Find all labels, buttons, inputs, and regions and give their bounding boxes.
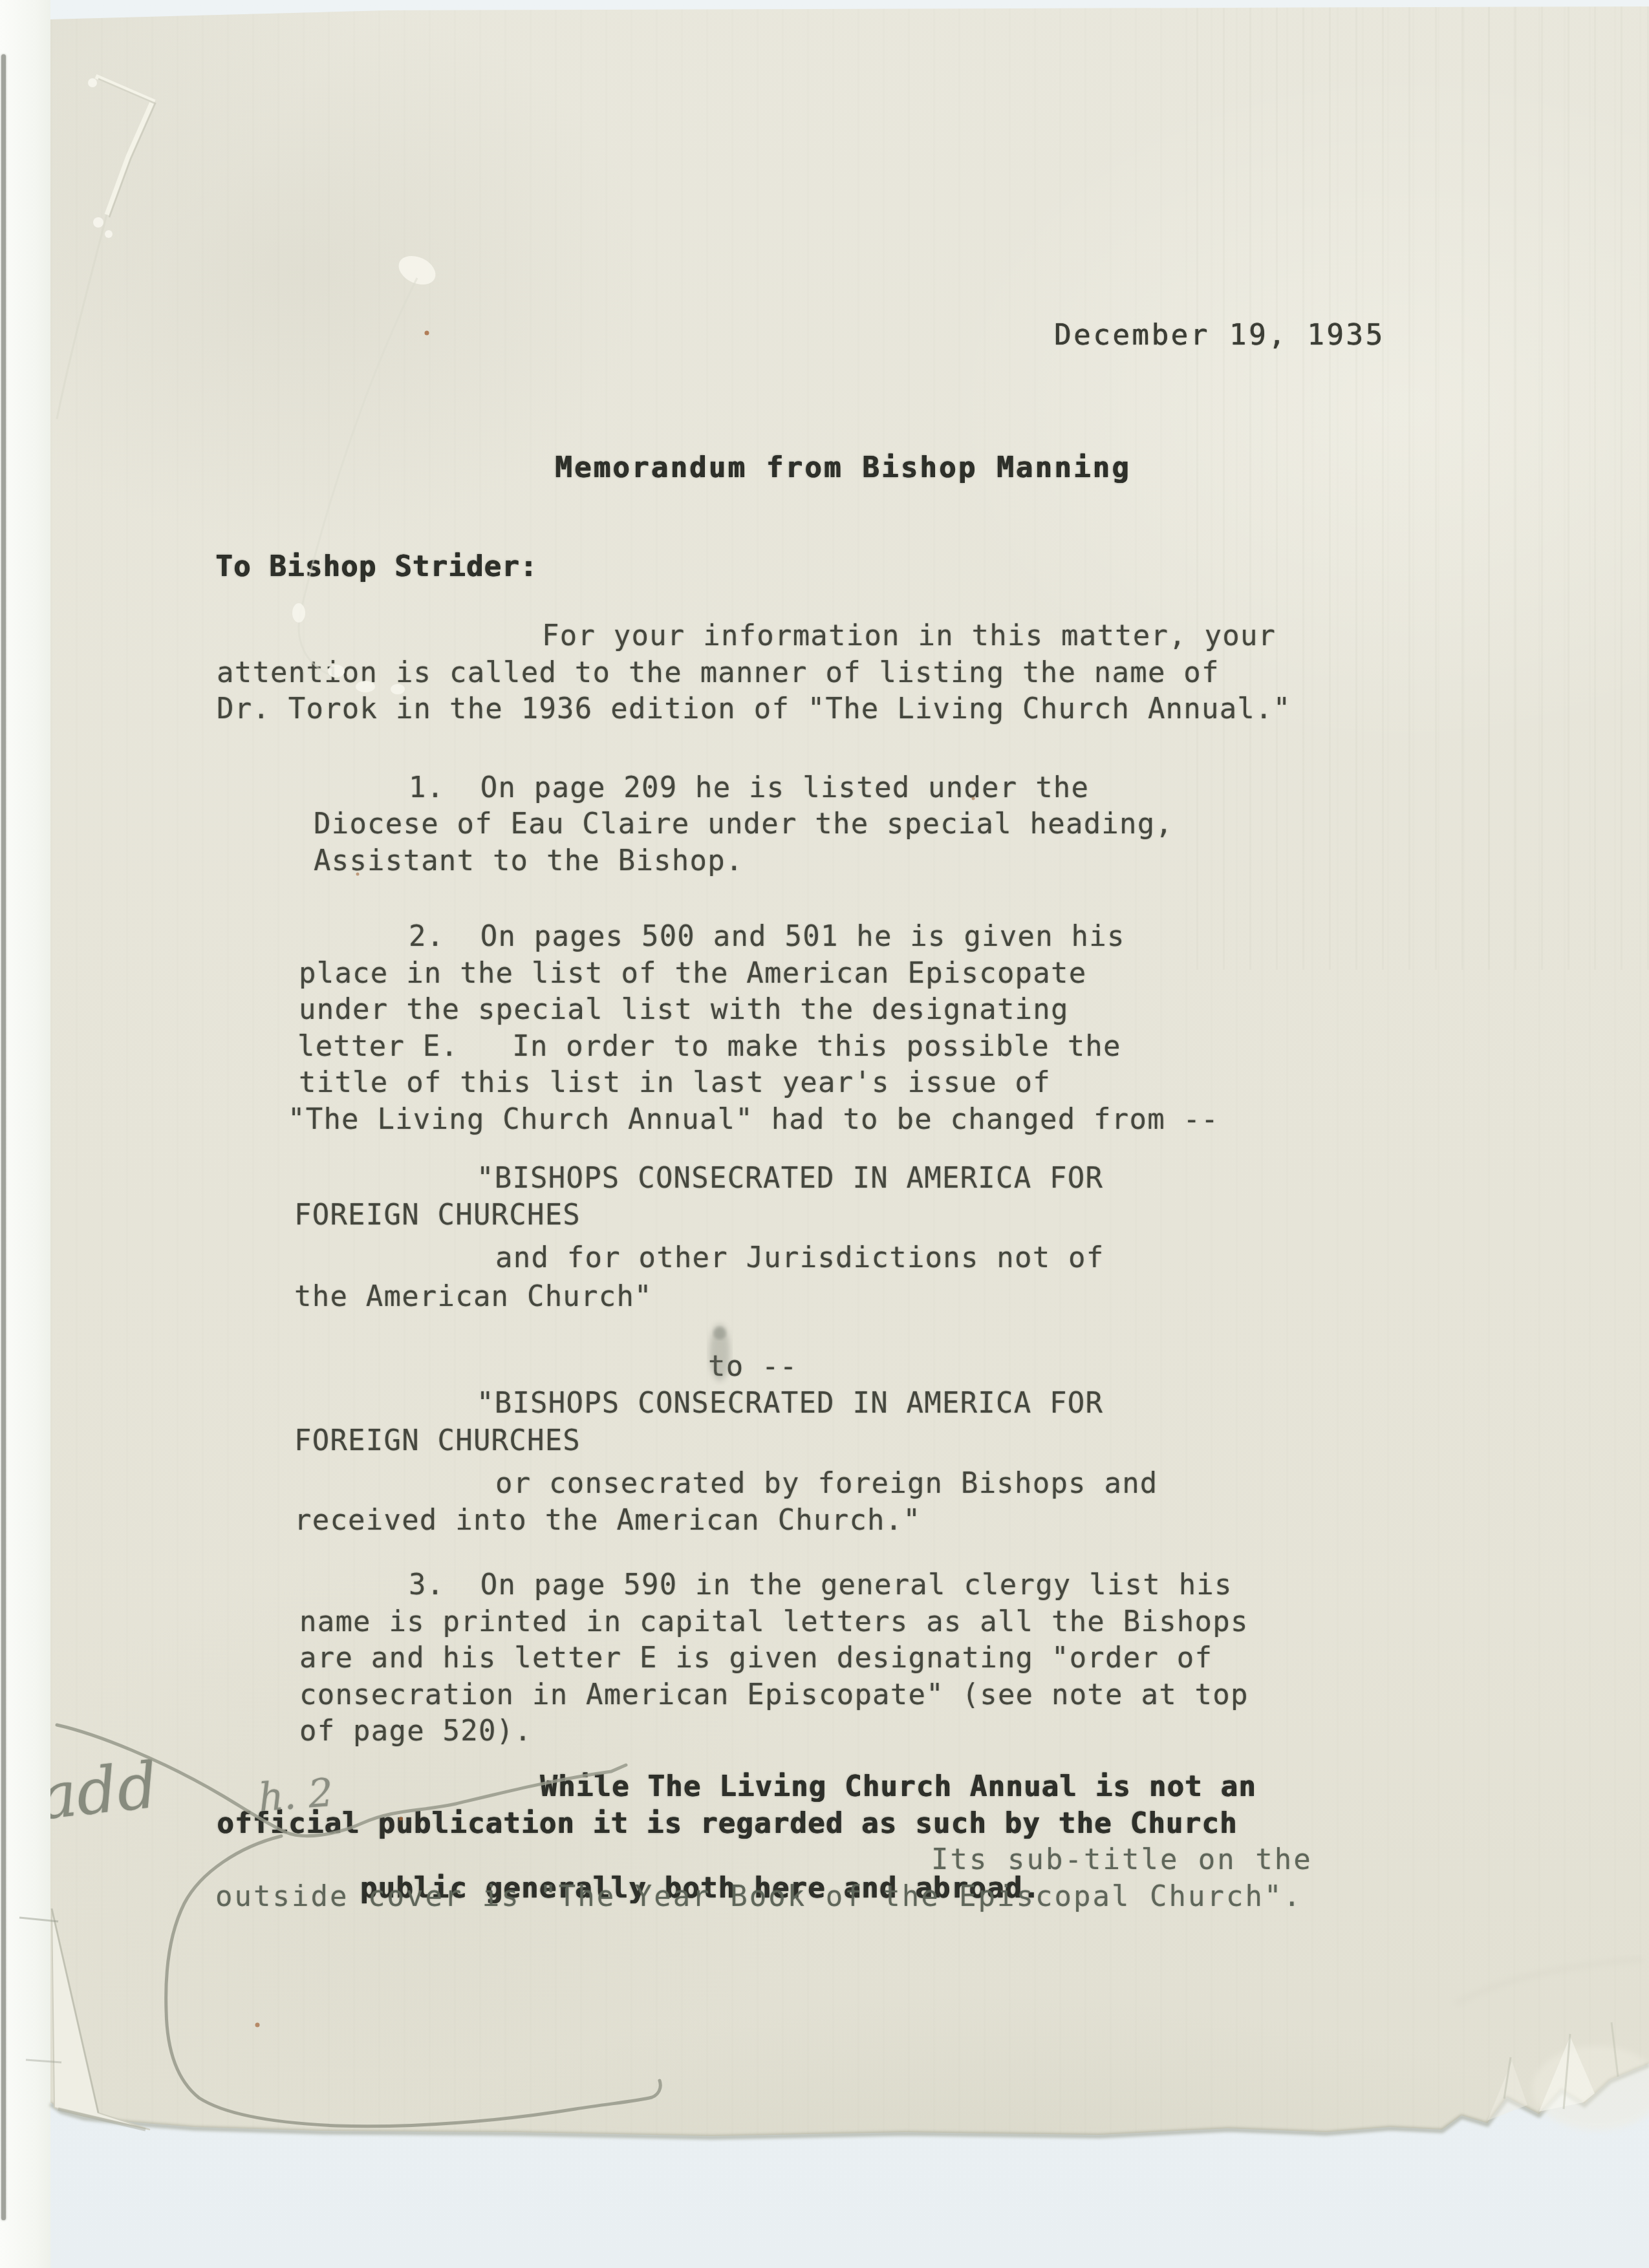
typed-line-item1: Assistant to the Bishop. — [314, 847, 744, 875]
typed-line-quote-new: or consecrated by foreign Bishops and — [495, 1470, 1158, 1498]
typed-line-item1: 1. On page 209 he is listed under the — [409, 774, 1089, 802]
typed-line-quote-new: received into the American Church." — [294, 1506, 921, 1535]
typed-line-quote-old: "BISHOPS CONSECRATED IN AMERICA FOR — [477, 1164, 1103, 1193]
typed-line-closing-light: outside cover is "The Year Book of the E… — [215, 1883, 1302, 1911]
typed-line: For your information in this matter, you… — [542, 622, 1276, 650]
typed-line: attention is called to the manner of lis… — [217, 659, 1220, 687]
typed-line-item3: of page 520). — [299, 1717, 532, 1746]
scanner-left-strip — [0, 0, 50, 2268]
typed-line-quote-old: the American Church" — [294, 1283, 652, 1311]
typed-line-item2: title of this list in last year's issue … — [299, 1069, 1051, 1097]
typed-text-layer: December 19, 1935 Memorandum from Bishop… — [0, 0, 1649, 2268]
typed-line-closing: official publication it is regarded as s… — [217, 1810, 1237, 1838]
typed-line-item3: name is printed in capital letters as al… — [299, 1608, 1249, 1636]
memo-title: Memorandum from Bishop Manning — [555, 454, 1131, 482]
salutation: To Bishop Strider: — [215, 553, 537, 581]
typed-line-item2: "The Living Church Annual" had to be cha… — [288, 1106, 1219, 1134]
pencil-annotation-ref: h. 2 — [257, 1770, 335, 1821]
typed-line-closing: While The Living Church Annual is not an — [540, 1773, 1256, 1801]
typed-line-quote-new: "BISHOPS CONSECRATED IN AMERICA FOR — [477, 1389, 1103, 1418]
typed-line-item2: place in the list of the American Episco… — [299, 959, 1086, 988]
scanner-edge-line — [1, 54, 6, 2220]
typed-line-quote-old: and for other Jurisdictions not of — [495, 1244, 1104, 1272]
typed-line-item2: under the special list with the designat… — [299, 996, 1069, 1024]
typed-connector: to -- — [708, 1353, 797, 1381]
typed-line-item3: consecration in American Episcopate" (se… — [299, 1681, 1249, 1709]
scanned-memo-page: December 19, 1935 Memorandum from Bishop… — [0, 0, 1649, 2268]
paper-sheet: December 19, 1935 Memorandum from Bishop… — [0, 0, 1649, 2268]
typed-line-quote-old: FOREIGN CHURCHES — [294, 1201, 581, 1230]
typed-line-item2: letter E. In order to make this possible… — [297, 1032, 1121, 1061]
typed-line-item3: 3. On page 590 in the general clergy lis… — [409, 1571, 1233, 1599]
typed-line-quote-new: FOREIGN CHURCHES — [294, 1427, 581, 1455]
typed-line-item1: Diocese of Eau Claire under the special … — [314, 810, 1173, 839]
closing-light-inline: Its sub-title on the — [931, 1846, 1313, 1874]
typed-line-item3: are and his letter E is given designatin… — [299, 1644, 1212, 1673]
typed-line-item2: 2. On pages 500 and 501 he is given his — [409, 923, 1125, 951]
typed-line: Dr. Torok in the 1936 edition of "The Li… — [217, 695, 1291, 723]
date-line: December 19, 1935 — [1054, 321, 1385, 350]
pencil-annotation: add — [36, 1749, 162, 1835]
